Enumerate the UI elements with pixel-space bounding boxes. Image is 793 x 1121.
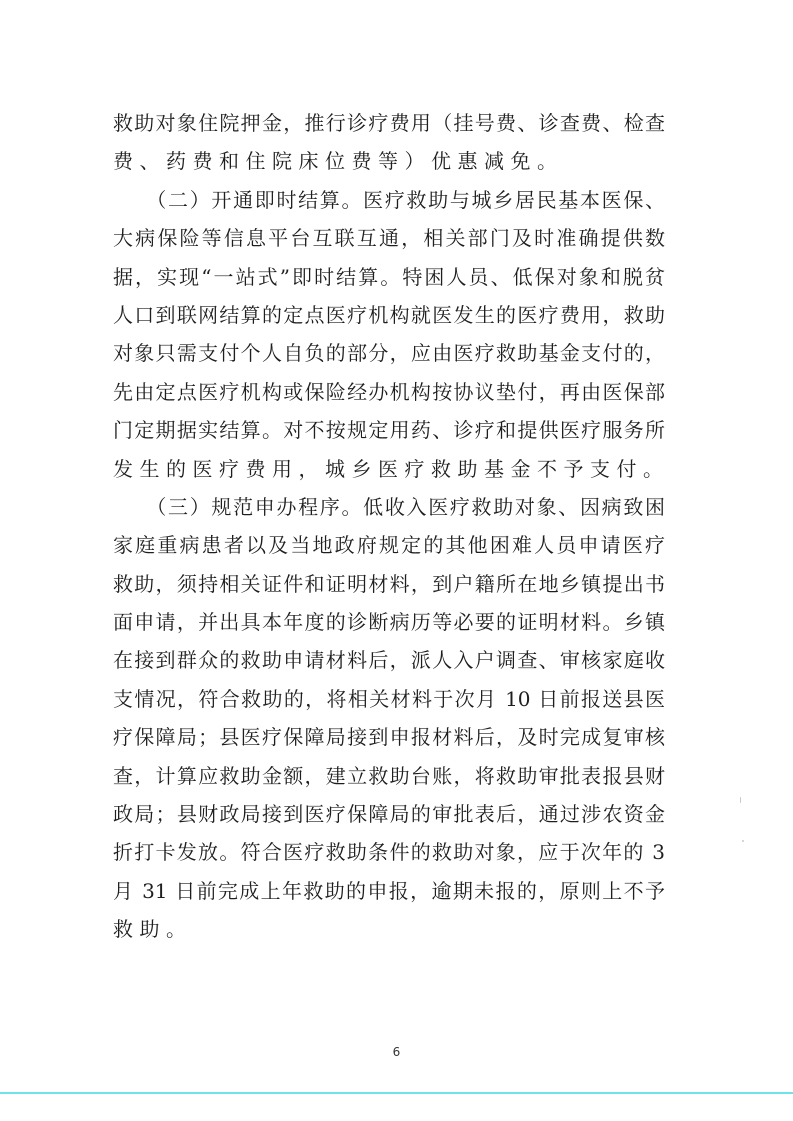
page-number: 6 (0, 1045, 793, 1059)
text-line: 折打卡发放。符合医疗救助条件的救助对象，应于次年的 3 (113, 833, 665, 871)
text-line: 据，实现“一站式”即时结算。特困人员、低保对象和脱贫 (113, 258, 665, 296)
document-body: 救助对象住院押金，推行诊疗费用（挂号费、诊查费、检查 费、药费和住院床位费等）优… (113, 104, 665, 949)
text-line: 在接到群众的救助申请材料后，派人入户调查、审核家庭收 (113, 641, 665, 679)
text-line: 费、药费和住院床位费等）优惠减免。 (113, 142, 665, 180)
text-line: 救助。 (113, 910, 665, 948)
text-line: 救助，须持相关证件和证明材料，到户籍所在地乡镇提出书 (113, 565, 665, 603)
text-line: 发生的医疗费用，城乡医疗救助基金不予支付。 (113, 450, 665, 488)
text-line: 面申请，并出具本年度的诊断病历等必要的证明材料。乡镇 (113, 603, 665, 641)
text-line: 人口到联网结算的定点医疗机构就医发生的医疗费用，救助 (113, 296, 665, 334)
section-heading-line: （二）开通即时结算。医疗救助与城乡居民基本医保、 (113, 181, 665, 219)
document-page: 救助对象住院押金，推行诊疗费用（挂号费、诊查费、检查 费、药费和住院床位费等）优… (0, 0, 793, 1121)
scan-speck (740, 797, 741, 803)
footer-rule (0, 1092, 793, 1094)
text-line: 疗保障局；县医疗保障局接到申报材料后，及时完成复审核 (113, 718, 665, 756)
text-line: 对象只需支付个人自负的部分，应由医疗救助基金支付的， (113, 334, 665, 372)
text-line: 支情况，符合救助的，将相关材料于次月 10 日前报送县医 (113, 680, 665, 718)
section-heading-line: （三）规范申办程序。低收入医疗救助对象、因病致困 (113, 488, 665, 526)
text-line: 先由定点医疗机构或保险经办机构按协议垫付，再由医保部 (113, 373, 665, 411)
text-line: 大病保险等信息平台互联互通，相关部门及时准确提供数 (113, 219, 665, 257)
scan-speck (742, 840, 744, 842)
text-line: 家庭重病患者以及当地政府规定的其他困难人员申请医疗 (113, 526, 665, 564)
text-line: 查，计算应救助金额，建立救助台账，将救助审批表报县财 (113, 757, 665, 795)
text-line: 门定期据实结算。对不按规定用药、诊疗和提供医疗服务所 (113, 411, 665, 449)
text-line: 政局；县财政局接到医疗保障局的审批表后，通过涉农资金 (113, 795, 665, 833)
text-line: 月 31 日前完成上年救助的申报，逾期未报的，原则上不予 (113, 872, 665, 910)
text-line: 救助对象住院押金，推行诊疗费用（挂号费、诊查费、检查 (113, 104, 665, 142)
